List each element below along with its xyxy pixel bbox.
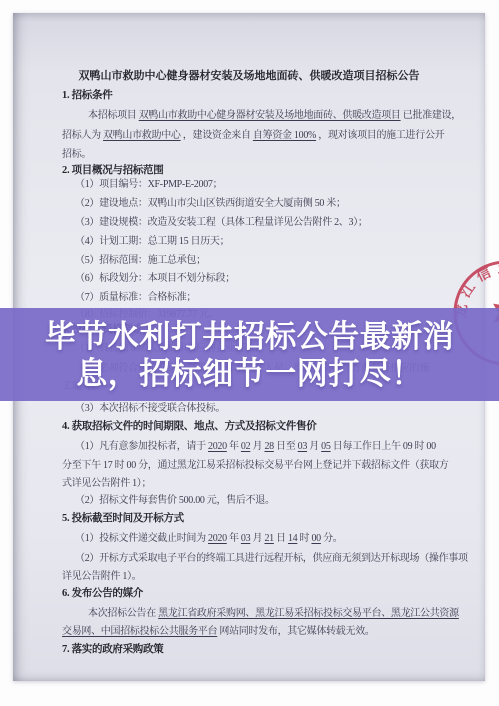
doc-heading-line: 双鸭山市救助中心健身器材安装及场地地面砖、供暖改造项目招标公告 [13, 69, 485, 83]
doc-text: 招标人为 [62, 130, 103, 141]
doc-text: 分。 [321, 533, 343, 544]
doc-text-line: 本次招标公告在 黑龙江省政府采购网、黑龙江易采招标投标交易平台、黑龙江公共资源 [88, 607, 459, 621]
doc-heading-line: 5. 投标截至时间及开标方式 [62, 512, 184, 526]
doc-text: 网站同时发布，其它媒体转载无效。 [217, 626, 374, 637]
doc-underlined-text: 28 [264, 441, 273, 452]
doc-text-line: （2）开标方式采取电子平台的终端工具进行远程开标，供应商无须到达开标现场（操作事… [75, 552, 468, 566]
doc-text: 月 [250, 441, 264, 452]
doc-text: 本次招标公告在 [88, 608, 158, 619]
doc-text-line: （1）投标文件递交截止时间为 2020 年 03 月 21 日 14 时 00 … [75, 532, 342, 546]
doc-text: 日至 [274, 441, 298, 452]
doc-underlined-text: 00 [311, 533, 320, 544]
doc-text: （1）投标文件递交截止时间为 [75, 533, 208, 544]
doc-text: 式详见公告附件 1）； [62, 478, 151, 489]
doc-text-line: 交易网、中国招标投标公共服务平台 网站同时发布，其它媒体转载无效。 [62, 625, 375, 639]
doc-text: 4. 获取招标文件的时间期限、地点、方式及招标文件售价 [62, 421, 316, 432]
doc-underlined-text: 03 [241, 533, 250, 544]
doc-text: 7. 落实的政府采购政策 [62, 644, 163, 655]
doc-text: ，现对该项目的施工进行公开 [316, 130, 444, 141]
doc-text: （1）项目编号：XF-PMP-E-2007； [75, 179, 222, 190]
doc-text: （4）计划工期：总工期 15 日历天； [75, 236, 229, 247]
doc-underlined-text: 02 [241, 441, 250, 452]
doc-underlined-text: 双鸭山市救助中心健身器材安装及场地地面砖、供暖改造项目 [139, 110, 401, 121]
doc-text-line: （5）招标范围：施工总承包； [75, 254, 206, 268]
doc-underlined-text: 2020 [208, 533, 227, 544]
doc-text: ，建设资金来自 [181, 130, 253, 141]
doc-text-line: （1）凡有意参加投标者，请于 2020 年 02 月 28 日至 03 月 05… [75, 440, 436, 454]
doc-text: （5）招标范围：施工总承包； [75, 255, 206, 266]
doc-underlined-text: 双鸭山市救助中心 [103, 130, 181, 141]
doc-text: （3）本次招标不接受联合体投标。 [75, 403, 225, 414]
doc-text: 月 [250, 533, 264, 544]
doc-underlined-text: 05 [321, 441, 330, 452]
doc-text: （1）凡有意参加投标者，请于 [75, 441, 208, 452]
doc-heading-line: 6. 发布公告的媒介 [62, 587, 143, 601]
doc-text-line: 招标。 [62, 148, 91, 162]
promo-banner-line1: 毕节水利打井招标公告最新消 [45, 318, 455, 355]
doc-text: 年 [227, 533, 241, 544]
doc-text-line: （2）招标文件每套售价 500.00 元，售后不退。 [75, 494, 275, 508]
promo-banner-line2: 息，招标细节一网打尽！ [76, 355, 423, 392]
doc-text: 2. 项目概况与招标范围 [62, 165, 163, 176]
doc-heading-line: 2. 项目概况与招标范围 [62, 164, 163, 178]
doc-heading-line: 7. 落实的政府采购政策 [62, 643, 163, 657]
doc-text: （3）建设规模：改造及安装工程（具体工程量详见公告附件 2、3）； [75, 217, 368, 228]
doc-text: 招标。 [62, 149, 91, 160]
doc-heading-line: 4. 获取招标文件的时间期限、地点、方式及招标文件售价 [62, 420, 316, 434]
doc-text: 已批准建设， [401, 110, 461, 121]
doc-text: 日每工作日上午 09 时 00 [331, 441, 436, 452]
doc-underlined-text: 2020 [208, 441, 227, 452]
doc-text: （6）标段划分：本项目不划分标段； [75, 273, 235, 284]
doc-text-line: 分至下午 17 时 00 分，通过黑龙江易采招标投标交易平台网上登记并下载招标文… [62, 459, 449, 473]
doc-text: （2）建设地点：双鸭山市尖山区铁西街道安全大厦南侧 50 米； [75, 198, 346, 209]
doc-text-line: （3）建设规模：改造及安装工程（具体工程量详见公告附件 2、3）； [75, 216, 368, 230]
doc-text: 1. 招标条件 [62, 90, 112, 101]
doc-text: 年 [227, 441, 241, 452]
doc-text-line: 详见公告附件 1）。 [62, 570, 142, 584]
doc-text: （2）开标方式采取电子平台的终端工具进行远程开标，供应商无须到达开标现场（操作事… [75, 553, 468, 564]
document-photo: 双鸭山市救助中心健身器材安装及场地地面砖、供暖改造项目招标公告1. 招标条件本招… [0, 0, 499, 706]
doc-text-line: 本招标项目 双鸭山市救助中心健身器材安装及场地地面砖、供暖改造项目 已批准建设， [88, 109, 461, 123]
doc-underlined-text: 21 [264, 533, 273, 544]
doc-text: 本招标项目 [88, 110, 139, 121]
doc-underlined-text: 14 [288, 533, 297, 544]
doc-text: 时 [297, 533, 311, 544]
doc-text: 5. 投标截至时间及开标方式 [62, 513, 184, 524]
doc-heading-line: 1. 招标条件 [62, 89, 112, 103]
doc-underlined-text: 交易网、中国招标投标公共服务平台 [62, 626, 217, 637]
doc-text-line: （4）计划工期：总工期 15 日历天； [75, 235, 229, 249]
promo-banner: 毕节水利打井招标公告最新消 息，招标细节一网打尽！ [0, 308, 499, 401]
doc-text: （7）质量标准：合格标准； [75, 292, 196, 303]
doc-text: 日 [274, 533, 288, 544]
doc-underlined-text: 黑龙江省政府采购网、黑龙江易采招标投标交易平台、黑龙江公共资源 [158, 608, 459, 619]
doc-text-line: （2）建设地点：双鸭山市尖山区铁西街道安全大厦南侧 50 米； [75, 197, 346, 211]
doc-underlined-text: 03 [298, 441, 307, 452]
doc-text: （2）招标文件每套售价 500.00 元，售后不退。 [75, 495, 275, 506]
doc-text-line: （1）项目编号：XF-PMP-E-2007； [75, 178, 222, 192]
doc-text-line: （7）质量标准：合格标准； [75, 291, 196, 305]
doc-text-line: （3）本次招标不接受联合体投标。 [75, 402, 225, 416]
doc-text: 双鸭山市救助中心健身器材安装及场地地面砖、供暖改造项目招标公告 [79, 70, 420, 82]
doc-text-line: 招标人为 双鸭山市救助中心 ，建设资金来自 自筹资金 100% ，现对该项目的施… [62, 129, 444, 143]
doc-text: 详见公告附件 1）。 [62, 571, 142, 582]
doc-underlined-text: 自筹资金 100% [253, 130, 316, 141]
doc-text: 月 [307, 441, 321, 452]
doc-text: 分至下午 17 时 00 分，通过黑龙江易采招标投标交易平台网上登记并下载招标文… [62, 460, 449, 471]
doc-text: 6. 发布公告的媒介 [62, 588, 143, 599]
doc-text-line: 式详见公告附件 1）； [62, 477, 151, 491]
doc-text-line: （6）标段划分：本项目不划分标段； [75, 272, 235, 286]
